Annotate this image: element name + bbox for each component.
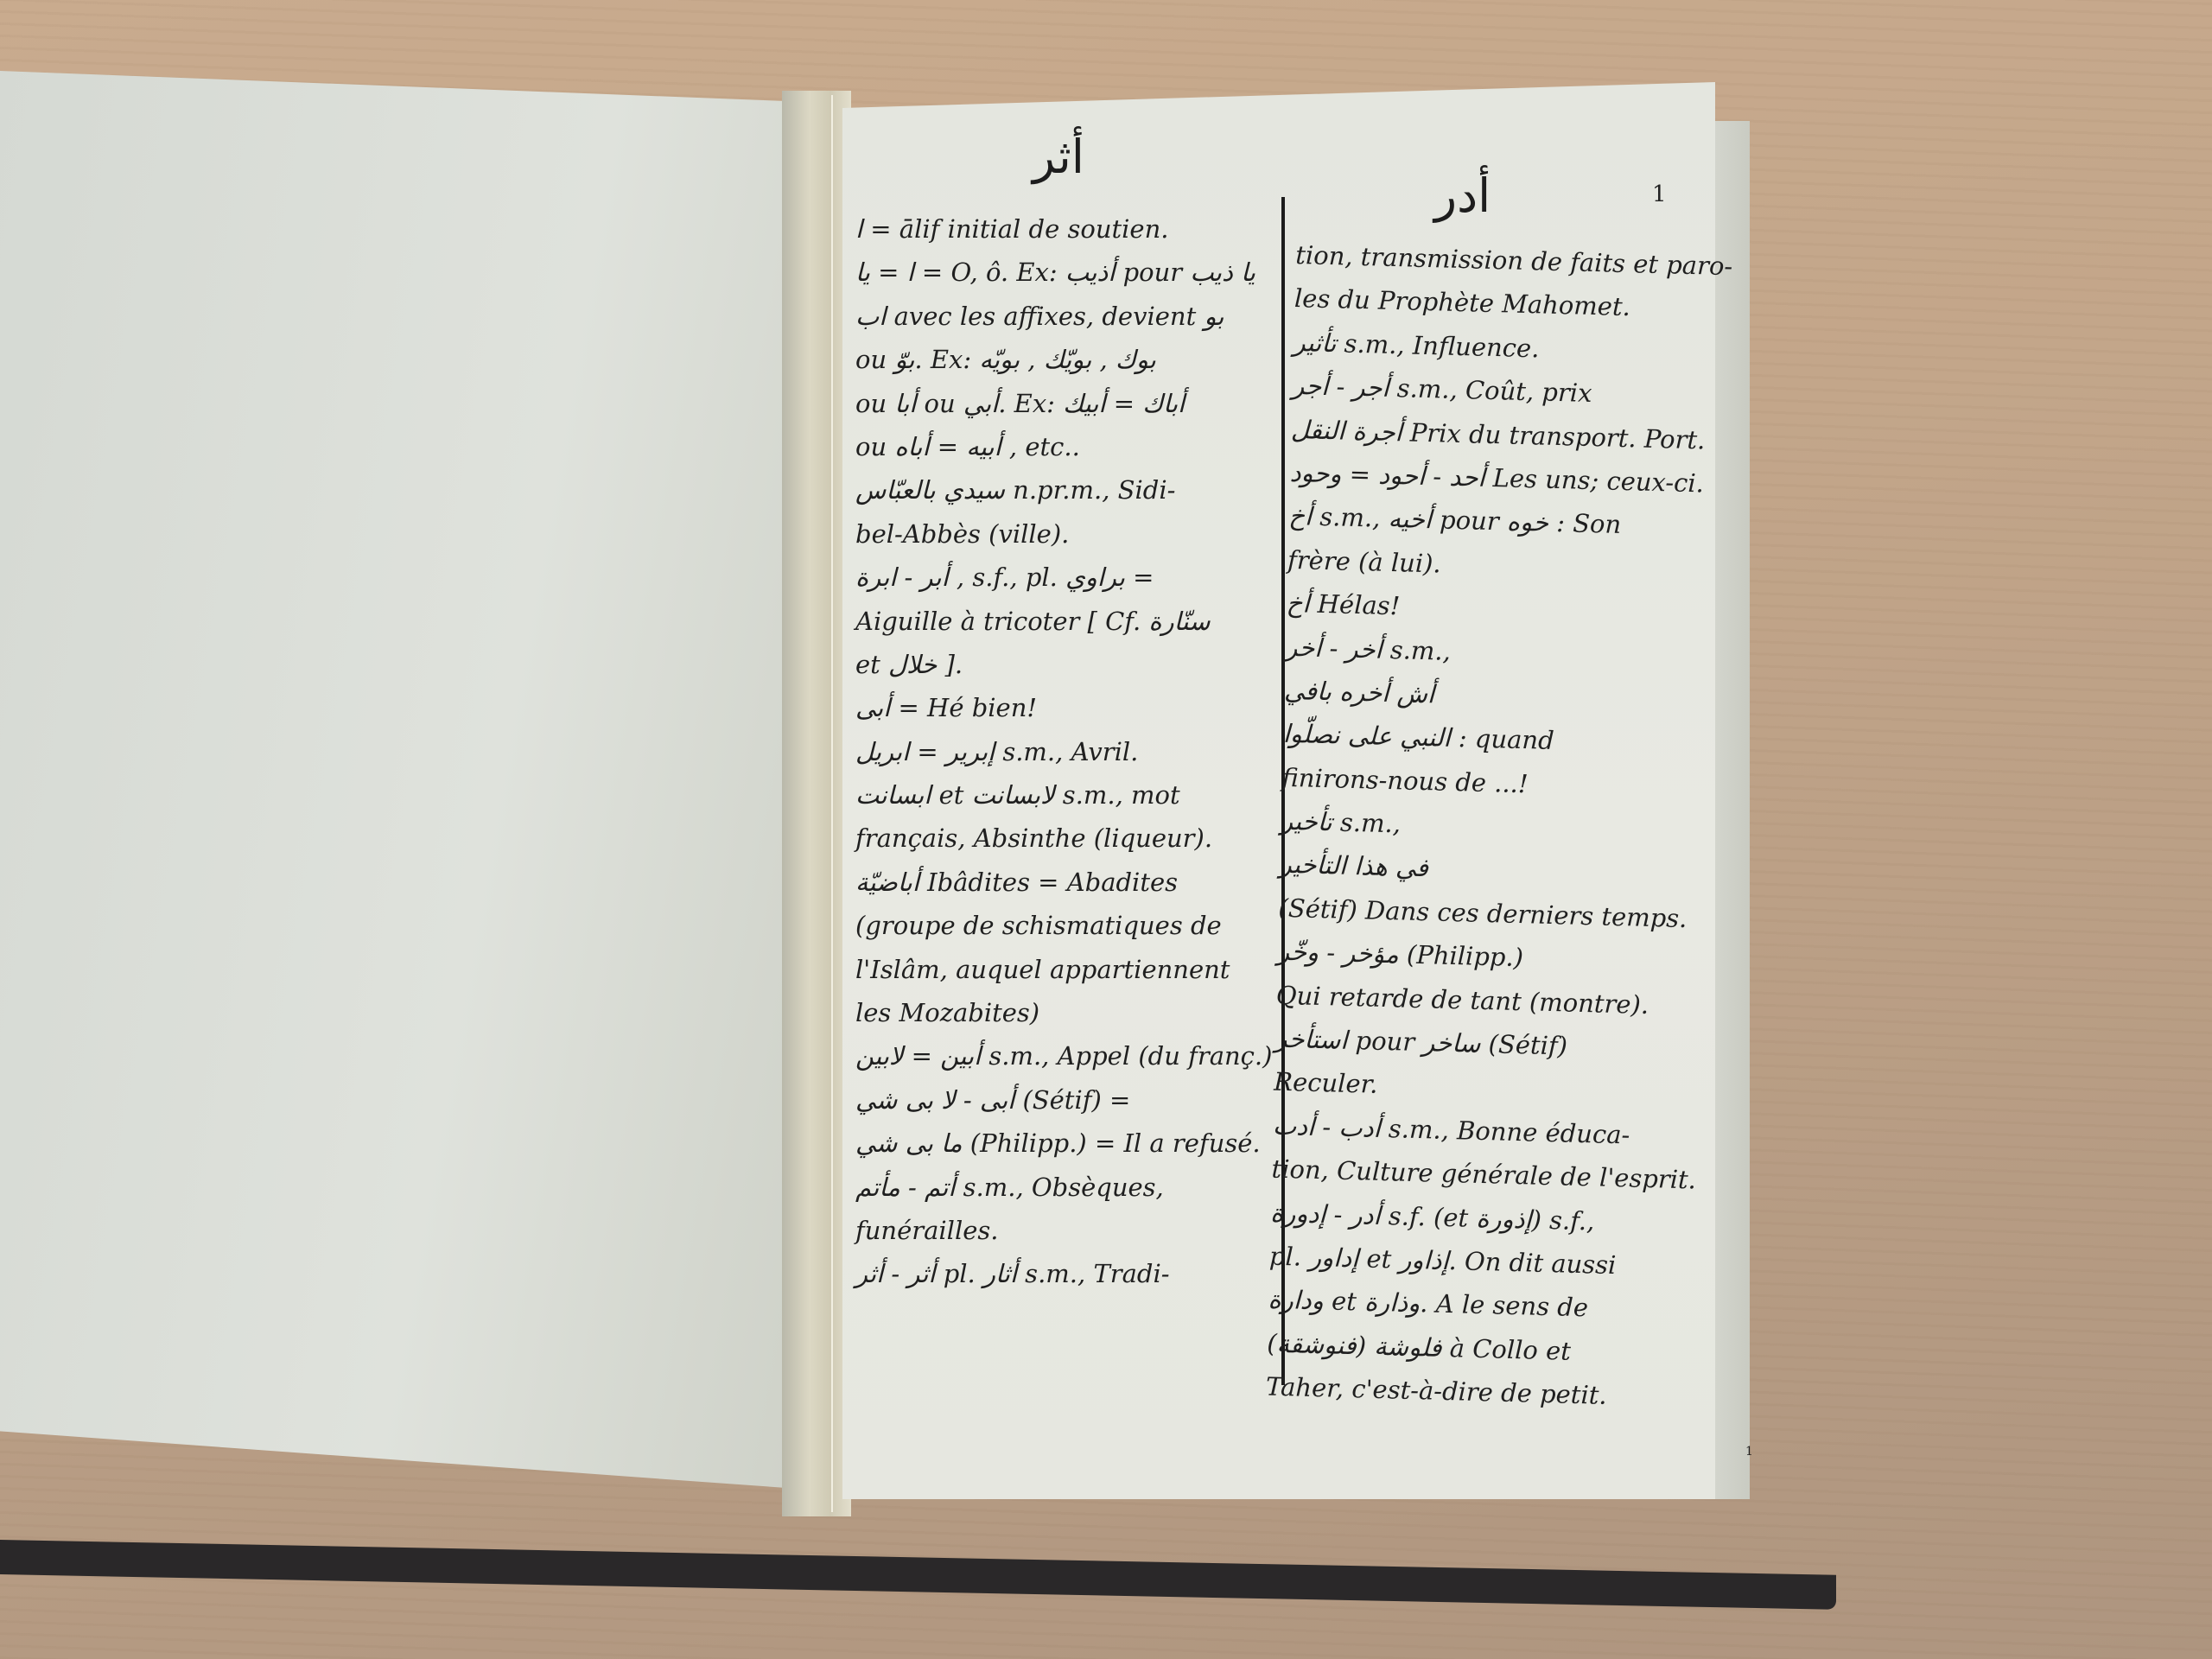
book-cover-edge [0, 1540, 1836, 1610]
entry-line: أبى = Hé bien! [855, 686, 1274, 729]
dictionary-column-right: tion, transmission de faits et paro- les… [1265, 233, 1719, 1420]
entry-line: ما بى شي (Philipp.) = Il a refusé. [855, 1122, 1274, 1165]
entry-line: (groupe de schismatiques de [855, 904, 1274, 947]
entry-line: l'Islâm, auquel appartiennent [855, 948, 1274, 991]
entry-line: أبين = لابين s.m., Appel (du franç.) [855, 1034, 1274, 1077]
entry-line: bel-Abbès (ville). [855, 512, 1274, 556]
entry-line: les Mozabites) [855, 991, 1274, 1034]
entry-line: أبى - لا بى شي (Sétif) = [855, 1078, 1274, 1122]
entry-line: ou بوّ. Ex: بوك , بويّك , بويّه [855, 338, 1274, 381]
entry-line: et خلال ]. [855, 643, 1274, 686]
book-gutter [782, 91, 851, 1516]
entry-line: أتم - مأتم s.m., Obsèques, [855, 1166, 1274, 1209]
entry-line: funérailles. [855, 1209, 1274, 1252]
entry-line: français, Absinthe (liqueur). [855, 817, 1274, 860]
entry-line: أبر - ابرة , s.f., pl. براوي = [855, 556, 1274, 599]
entry-line: ou أبيه = أباه , etc.. [855, 425, 1274, 468]
dictionary-column-left: ﺍ = ālif initial de soutien. ﺍ = يا = O,… [855, 207, 1274, 1296]
entry-line: Aiguille à tricoter [ Cf. سنّارة [855, 600, 1274, 643]
gutter-crease [831, 95, 833, 1512]
entry-line: ﺍ = ālif initial de soutien. [855, 207, 1274, 251]
footer-signature-number: 1 [1745, 1445, 1753, 1459]
running-head-right: أدر [1434, 168, 1491, 223]
entry-line: ou أبا ou أبي. Ex: أباك = أبيك [855, 382, 1274, 425]
left-page-blank [0, 71, 786, 1488]
entry-line: سيدي بالعبّاس n.pr.m., Sidi- [855, 468, 1274, 512]
page-number: 1 [1652, 181, 1667, 207]
entry-line: أثر - أثر pl. أثار s.m., Tradi- [855, 1252, 1274, 1295]
page-stack-edge [1715, 121, 1750, 1499]
entry-line: ﺍ = يا = O, ô. Ex: أذيب pour يا ذيب [855, 251, 1274, 294]
entry-line: اب avec les affixes, devient بو [855, 295, 1274, 338]
running-head-left: أثر [1033, 130, 1084, 184]
entry-line: أباضيّة Ibâdites = Abadites [855, 861, 1274, 904]
entry-line: إبرير = ابريل s.m., Avril. [855, 730, 1274, 773]
entry-line: ابسانت et لابسانت s.m., mot [855, 773, 1274, 817]
